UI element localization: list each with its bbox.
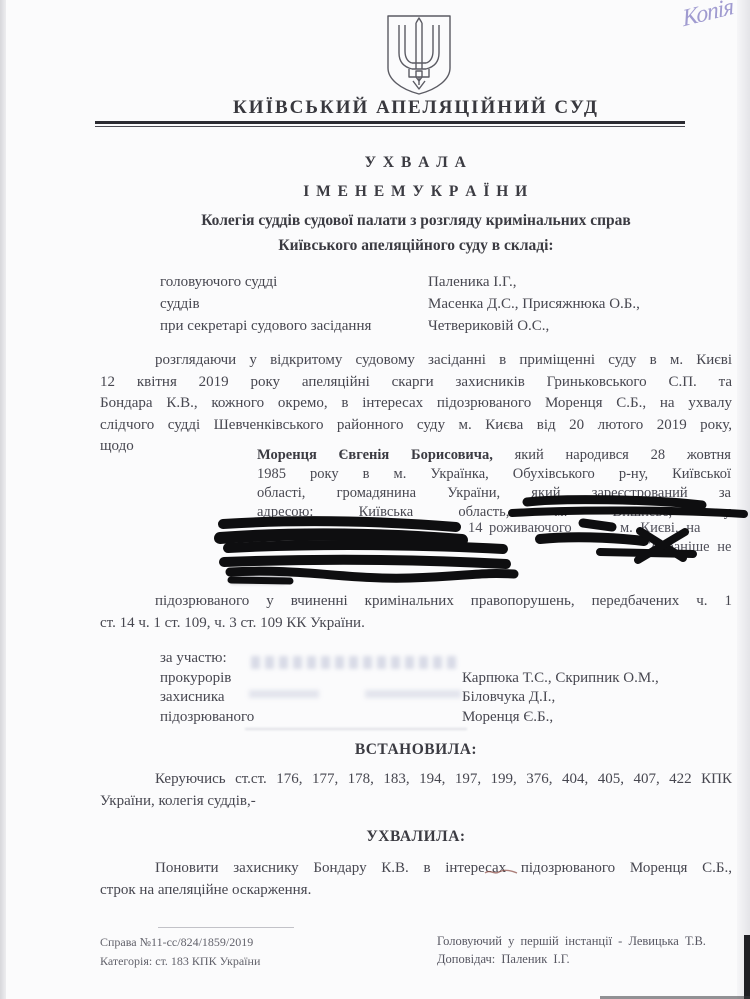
suspect-name-bold: Моренця Євгенія Борисовича,	[257, 447, 493, 463]
participant-row: прокурорів Карпюка Т.С., Скрипник О.М.,	[160, 670, 254, 690]
participant-names: Карпюка Т.С., Скрипник О.М.,	[462, 670, 659, 687]
ruled-heading: УХВАЛИЛА:	[100, 828, 732, 846]
stamp-illegible-text-bar	[251, 656, 457, 669]
panel-description-line2: Київського апеляційного суду в складі:	[100, 237, 732, 255]
scan-edge-left	[0, 0, 6, 999]
established-paragraph-last-line: України, колегія суддів,-	[100, 791, 732, 813]
composition-row: головуючого судді Паленика І.Г.,	[160, 274, 371, 296]
participant-row: захисника Біловчука Д.І.,	[160, 689, 254, 709]
participants-list: за участю: прокурорів Карпюка Т.С., Скри…	[160, 650, 254, 728]
participant-names: Біловчука Д.І.,	[462, 689, 555, 706]
scan-corner-artifact	[744, 935, 750, 999]
established-heading: ВСТАНОВИЛА:	[100, 741, 732, 759]
presiding-judge-first-instance: Головуючий у першій інстанції - Левицька…	[437, 933, 706, 951]
participants-label: за участю:	[160, 650, 254, 670]
unredacted-fragment: роживаючого	[489, 520, 572, 537]
composition-row: суддів Масенка Д.С., Присяжнюка О.Б.,	[160, 296, 371, 318]
role-label: головуючого судді	[160, 274, 277, 290]
role-label: при секретарі судового засідання	[160, 318, 371, 334]
judge-names: Четвериковій О.С.,	[428, 318, 549, 335]
role-label: прокурорів	[160, 670, 231, 686]
stamp-illegible-text-bar	[249, 690, 319, 698]
stamp-illegible-text-bar	[365, 690, 461, 698]
case-number: Справа №11-сс/824/1859/2019	[100, 933, 260, 952]
footer-case-info: Справа №11-сс/824/1859/2019 Категорія: с…	[100, 933, 260, 971]
ruled-paragraph-last-line: строк на апеляційне оскарження.	[100, 880, 732, 902]
role-label: захисника	[160, 689, 225, 705]
judge-names: Паленика І.Г.,	[428, 274, 517, 291]
charges-paragraph-last-line: ст. 14 ч. 1 ст. 109, ч. 3 ст. 109 КК Укр…	[100, 613, 732, 635]
case-category: Категорія: ст. 183 КПК України	[100, 952, 260, 971]
role-label: підозрюваного	[160, 709, 254, 725]
participant-row: підозрюваного Моренця Є.Б.,	[160, 709, 254, 729]
footer-judges-info: Головуючий у першій інстанції - Левицька…	[437, 933, 706, 968]
footer-separator-line	[158, 927, 294, 928]
in-the-name-of-ukraine-line: І М Е Н Е М У К Р А Ї Н И	[100, 183, 732, 201]
panel-description-line1: Колегія суддів судової палати з розгляду…	[100, 212, 732, 230]
participant-names: Моренця Є.Б.,	[462, 709, 553, 726]
header-rule-thin	[95, 126, 685, 127]
established-paragraph: Керуючись ст.ст. 176, 177, 178, 183, 194…	[100, 769, 732, 791]
scan-edge-right	[737, 0, 750, 999]
intro-paragraph: розглядаючи у відкритому судовому засіда…	[100, 350, 732, 436]
ukraine-trident-emblem-icon	[383, 13, 455, 102]
stamp-edge-line	[245, 728, 467, 730]
judge-names: Масенка Д.С., Присяжнюка О.Б.,	[428, 296, 640, 313]
court-name-title: КИЇВСЬКИЙ АПЕЛЯЦІЙНИЙ СУД	[100, 97, 732, 119]
ruled-paragraph: Поновити захиснику Бондару К.В. в інтере…	[100, 858, 732, 880]
composition-row: при секретарі судового засідання Четвери…	[160, 318, 371, 340]
unredacted-fragment: 2, раніше не	[648, 539, 731, 556]
court-composition-list: головуючого судді Паленика І.Г., суддів …	[160, 274, 371, 340]
header-rule-thick	[95, 121, 685, 124]
handwritten-copy-note: Копія	[681, 0, 734, 33]
reporting-judge: Доповідач: Паленик І.Г.	[437, 951, 706, 969]
unredacted-fragment: м. Києві, на	[620, 520, 700, 537]
struck-through-faint-word	[230, 575, 286, 584]
role-label: суддів	[160, 296, 200, 312]
unredacted-fragment: 14	[468, 520, 483, 537]
charges-paragraph: підозрюваного у вчиненні кримінальних пр…	[100, 591, 732, 613]
document-title: У Х В А Л А	[100, 154, 732, 172]
suspect-details-paragraph: Моренця Євгенія Борисовича, який народив…	[257, 446, 731, 522]
faded-bleedthrough-stamp	[245, 648, 467, 734]
scanned-court-ruling-page: Копія КИЇВСЬКИЙ АПЕЛЯЦІЙНИЙ СУД У Х В А …	[0, 0, 750, 999]
